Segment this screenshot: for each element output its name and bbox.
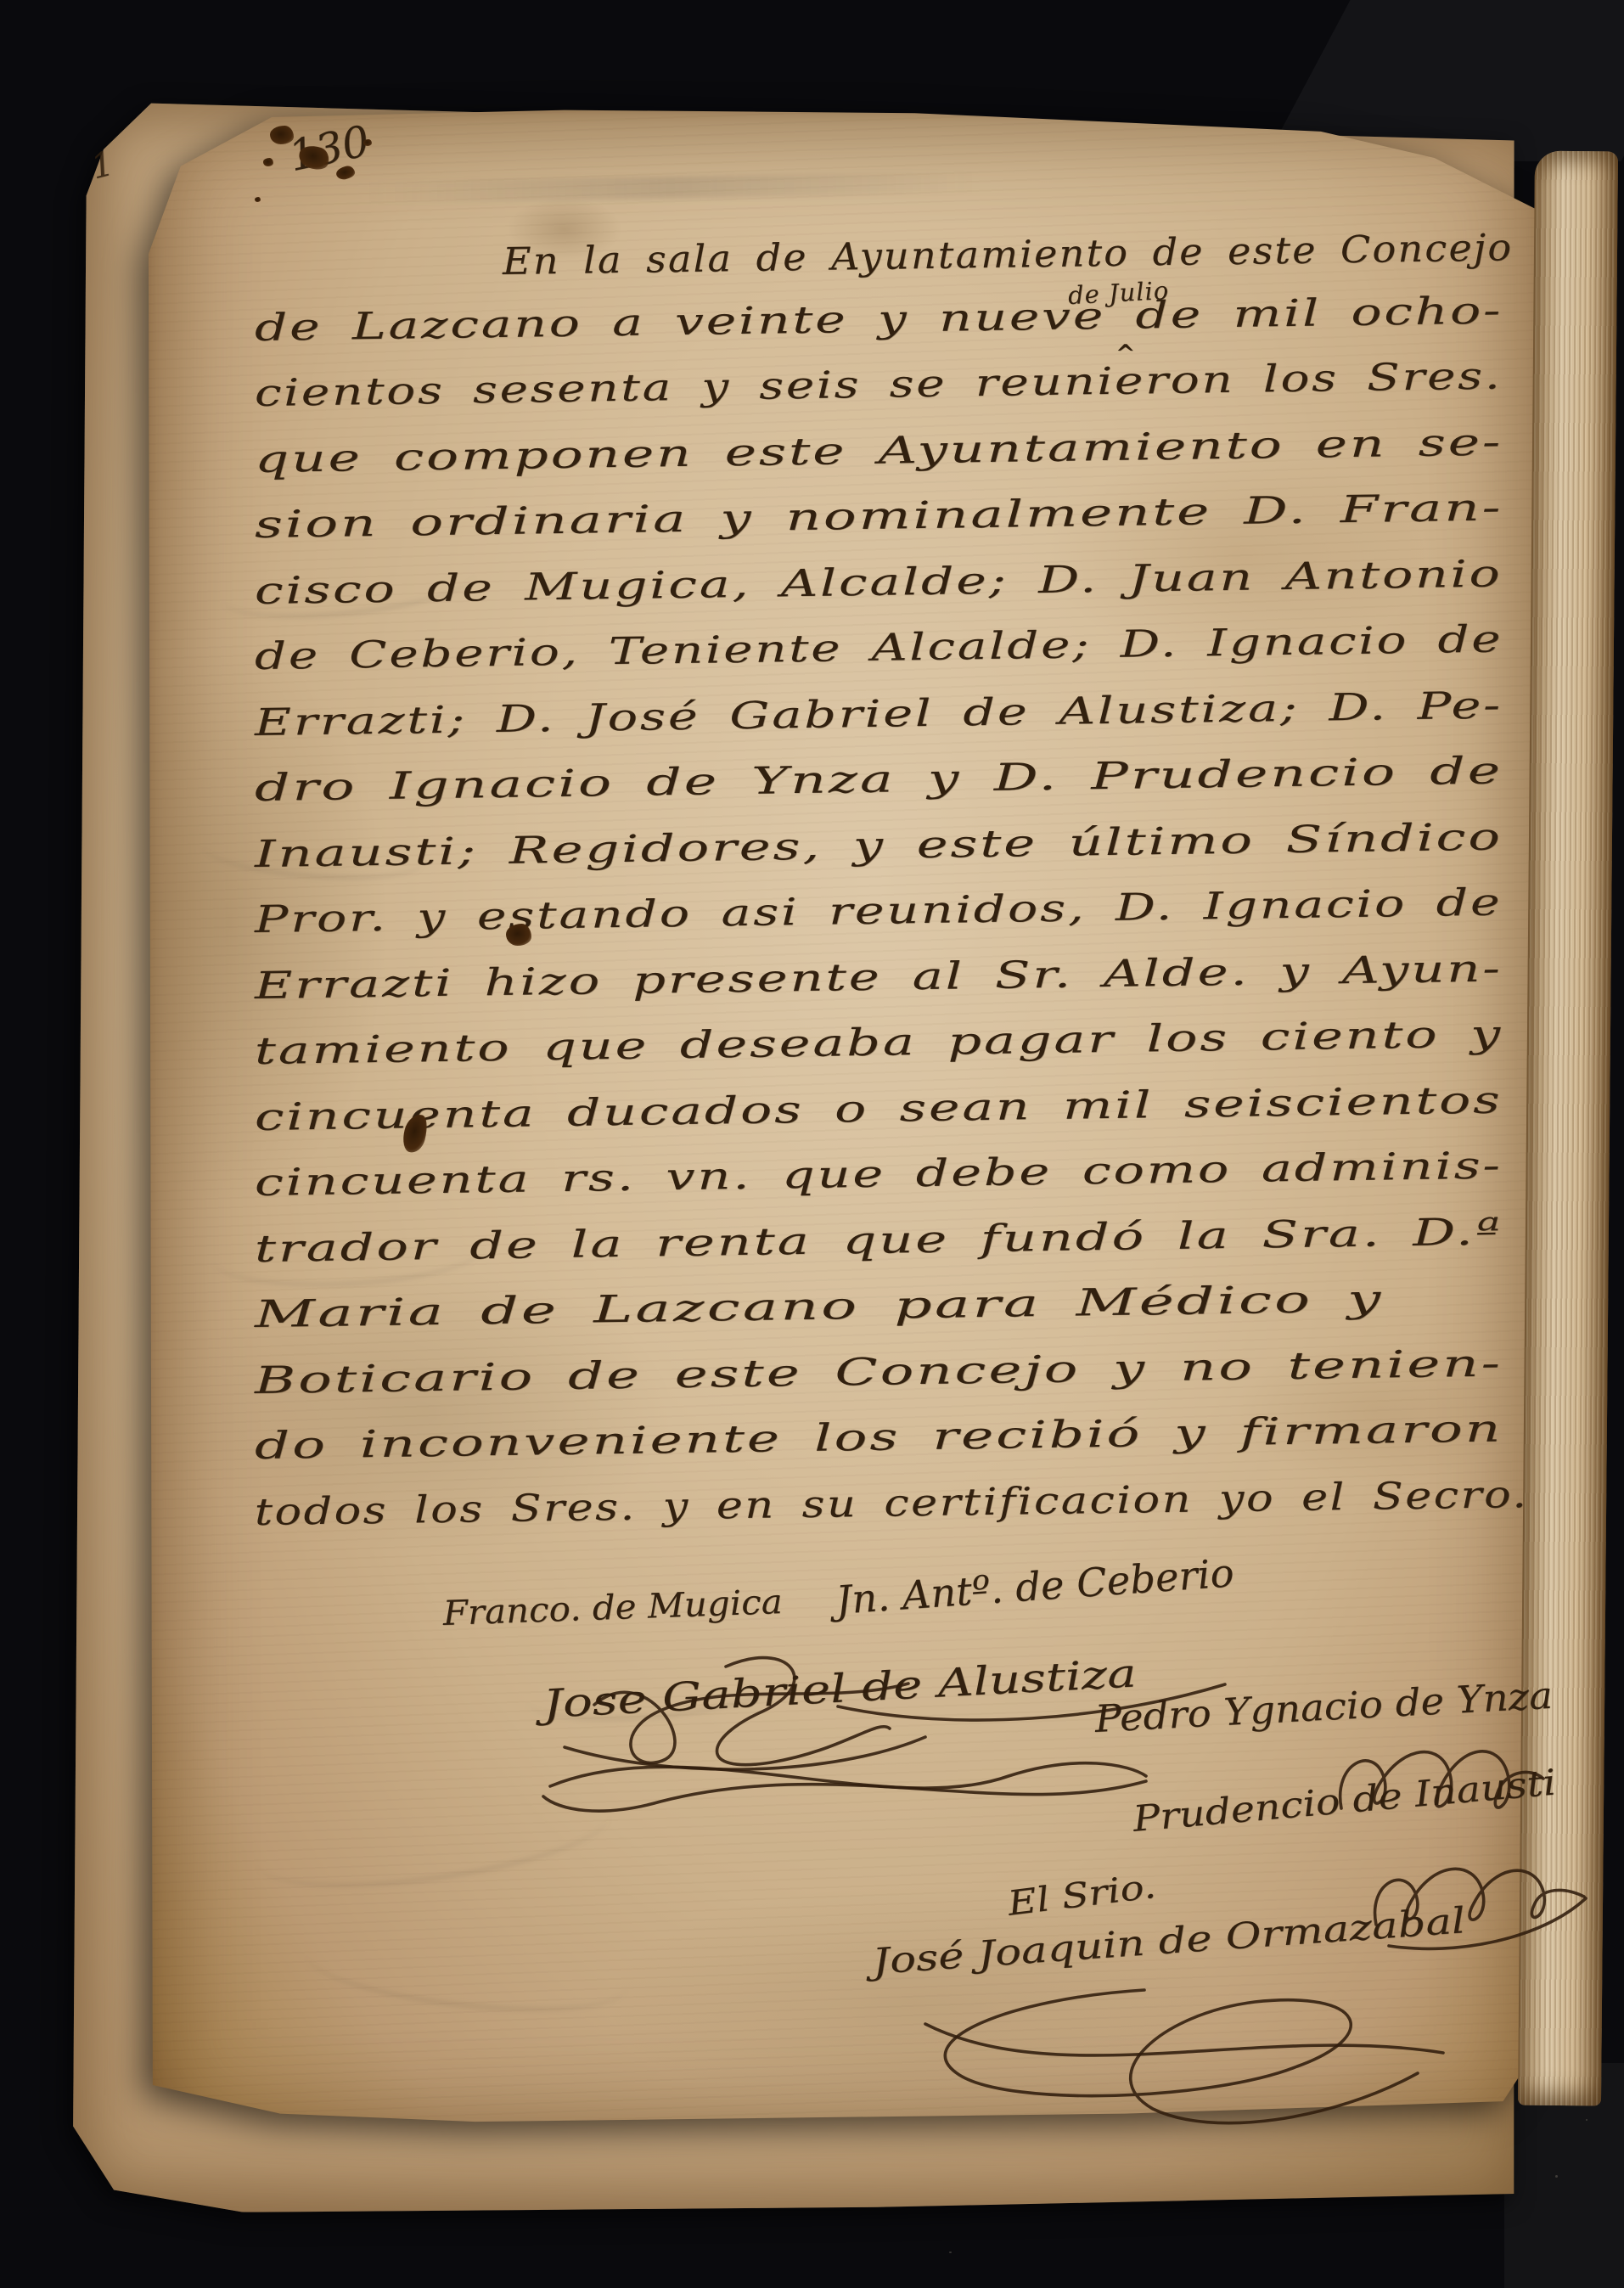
- signature-rubric-ynza: [1324, 1728, 1558, 1831]
- ink-blot: [255, 197, 261, 202]
- signature-rubric-inausti: [1355, 1844, 1614, 1967]
- interlinear-insertion: de Julio: [1067, 276, 1170, 310]
- signature-rubric-secretary: [856, 1971, 1458, 2137]
- insertion-caret: ^: [1115, 340, 1135, 368]
- signature-rubric-ceberio: [828, 1671, 1235, 1734]
- ink-blot: [506, 924, 531, 946]
- ink-blot: [270, 126, 294, 144]
- signature-rubric-alustiza: [533, 1737, 1161, 1835]
- ink-blot: [363, 139, 372, 146]
- photograph-of-manuscript: 1 130 En la sala de Ayuntamiento de este…: [0, 0, 1624, 2288]
- ink-blot: [263, 158, 273, 166]
